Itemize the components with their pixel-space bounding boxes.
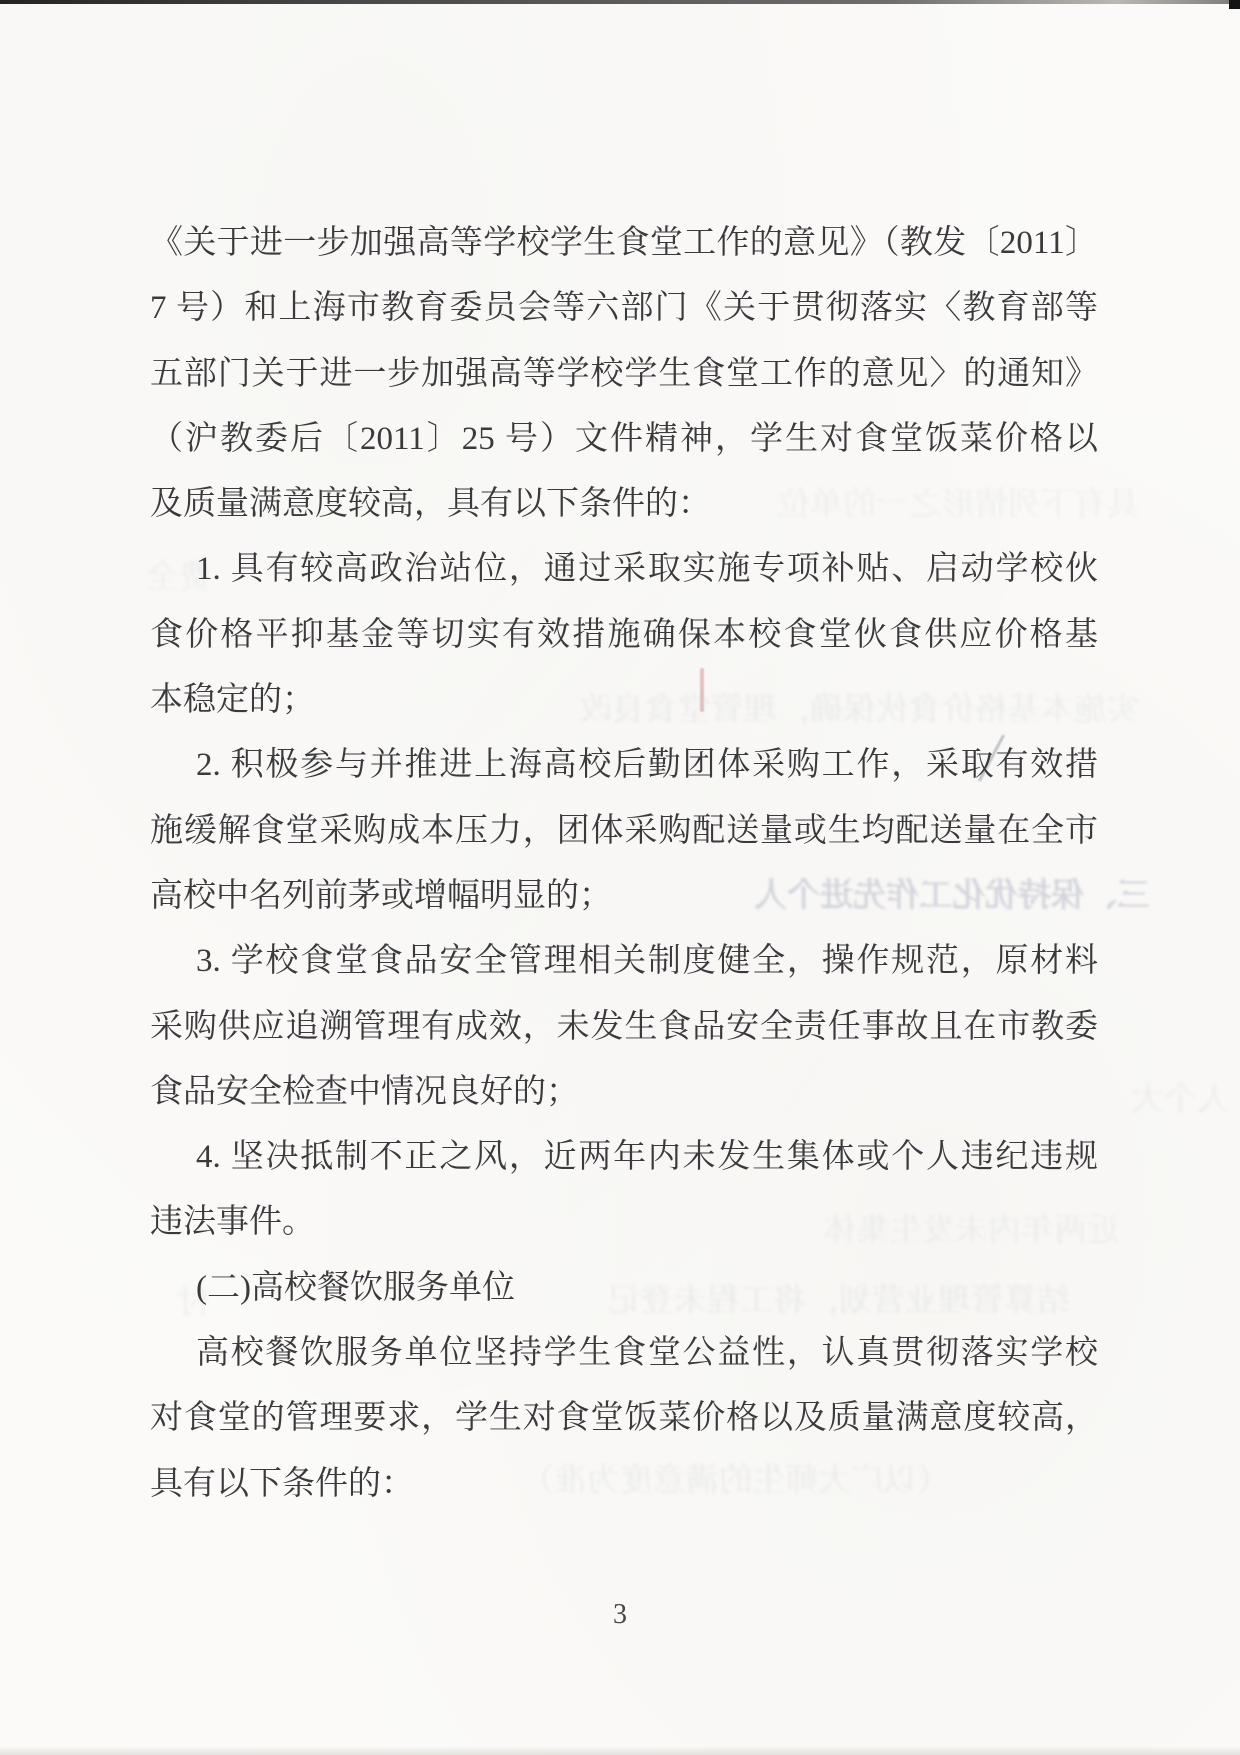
document-line: 3. 学校食堂食品安全管理相关制度健全，操作规范，原材料	[150, 929, 1098, 994]
document-line: 五部门关于进一步加强高等学校学生食堂工作的意见〉的通知》	[150, 342, 1098, 407]
scan-edge-top	[0, 0, 1240, 4]
document-line: 本稳定的；	[150, 668, 1098, 733]
document-line: 4. 坚决抵制不正之风，近两年内未发生集体或个人违纪违规	[150, 1125, 1098, 1190]
document-line: 及质量满意度较高，具有以下条件的：	[150, 472, 1098, 537]
document-line: 采购供应追溯管理有成效，未发生食品安全责任事故且在市教委	[150, 995, 1098, 1060]
document-line: 施缓解食堂采购成本压力，团体采购配送量或生均配送量在全市	[150, 799, 1098, 864]
document-line: 高校中名列前茅或增幅明显的；	[150, 864, 1098, 929]
document-line: 违法事件。	[150, 1190, 1098, 1255]
document-line: 食价格平抑基金等切实有效措施确保本校食堂伙食供应价格基	[150, 603, 1098, 668]
document-line: 2. 积极参与并推进上海高校后勤团体采购工作，采取有效措	[150, 733, 1098, 798]
document-line: 1. 具有较高政治站位，通过采取实施专项补贴、启动学校伙	[150, 537, 1098, 602]
document-line: 高校餐饮服务单位坚持学生食堂公益性，认真贯彻落实学校	[150, 1321, 1098, 1386]
scan-edge-bottom	[0, 1746, 1240, 1755]
page-number: 3	[0, 1598, 1240, 1632]
document-line: 《关于进一步加强高等学校学生食堂工作的意见》（教发〔2011〕	[150, 211, 1098, 276]
document-line: （沪教委后〔2011〕25 号）文件精神，学生对食堂饭菜价格以	[150, 407, 1098, 472]
document-line: 对食堂的管理要求，学生对食堂饭菜价格以及质量满意度较高，	[150, 1386, 1098, 1451]
document-line: (二)高校餐饮服务单位	[150, 1256, 1098, 1321]
document-line: 具有以下条件的：	[150, 1452, 1098, 1517]
document-line: 食品安全检查中情况良好的；	[150, 1060, 1098, 1125]
scanned-page: { "colors": { "paper": "#fbfaf8", "ink":…	[0, 0, 1240, 1755]
document-line: 7 号）和上海市教育委员会等六部门《关于贯彻落实〈教育部等	[150, 276, 1098, 341]
scan-corner-notch	[1229, 0, 1240, 9]
document-text-block: 《关于进一步加强高等学校学生食堂工作的意见》（教发〔2011〕 7 号）和上海市…	[150, 211, 1098, 1517]
